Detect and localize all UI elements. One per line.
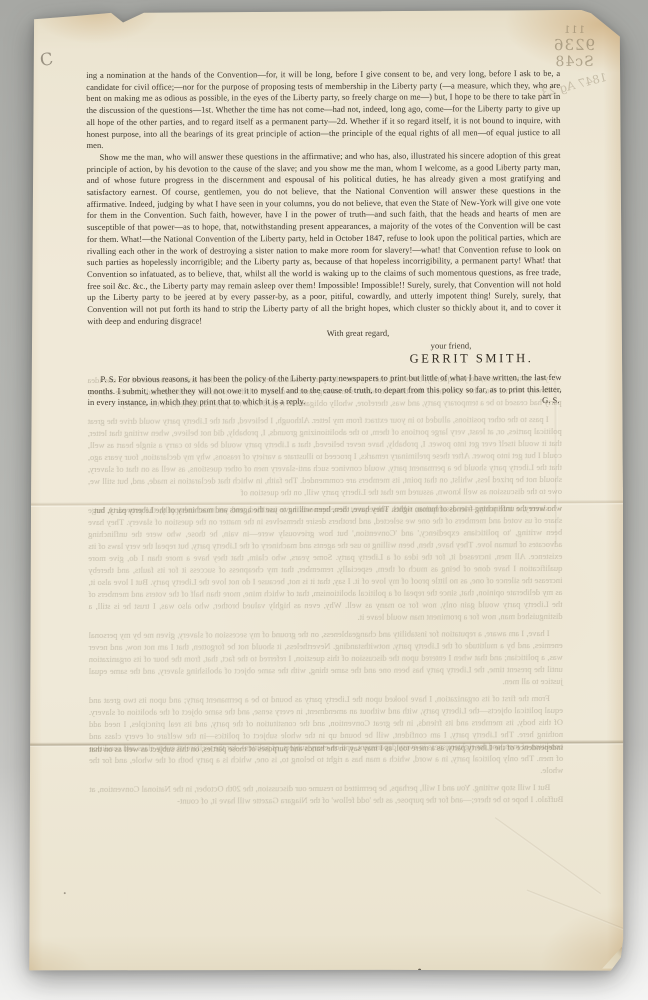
letter-paragraph: Show me the man, who will answer these q…	[87, 150, 562, 328]
paper-speck	[64, 892, 66, 894]
showthrough-block: slavery, a true party;—an assumption, wh…	[88, 502, 563, 624]
paper-speck	[174, 132, 176, 134]
diagonal-crease	[526, 890, 629, 933]
showthrough-block: From the first of its organization, I ha…	[89, 692, 563, 778]
letter-body: ing a nomination at the hands of the Con…	[86, 68, 561, 409]
showthrough-block: year or two, I have, very frequently, be…	[87, 372, 561, 410]
showthrough-block: But I will stop writing. You and I will,…	[89, 781, 563, 807]
letter-paragraph: ing a nomination at the hands of the Con…	[86, 68, 560, 152]
showthrough-block: I pass to the other positions, alluded t…	[88, 413, 562, 499]
dogear-corner-fold	[602, 947, 622, 969]
letter-closing: With great regard, your friend, GERRIT S…	[87, 326, 561, 367]
signature: GERRIT SMITH.	[87, 352, 561, 367]
pencil-line: 9236	[530, 37, 618, 54]
photo-background: C 111 9236 Sc48 1847 Ag 23 ing a nominat…	[0, 0, 648, 1000]
paper-speck	[418, 969, 421, 972]
showthrough-block: I have, I am aware, a reputation for ins…	[89, 627, 563, 689]
diagonal-crease	[494, 817, 601, 895]
paper-sheet: C 111 9236 Sc48 1847 Ag 23 ing a nominat…	[24, 10, 625, 974]
pencil-mark-c: C	[38, 49, 54, 71]
